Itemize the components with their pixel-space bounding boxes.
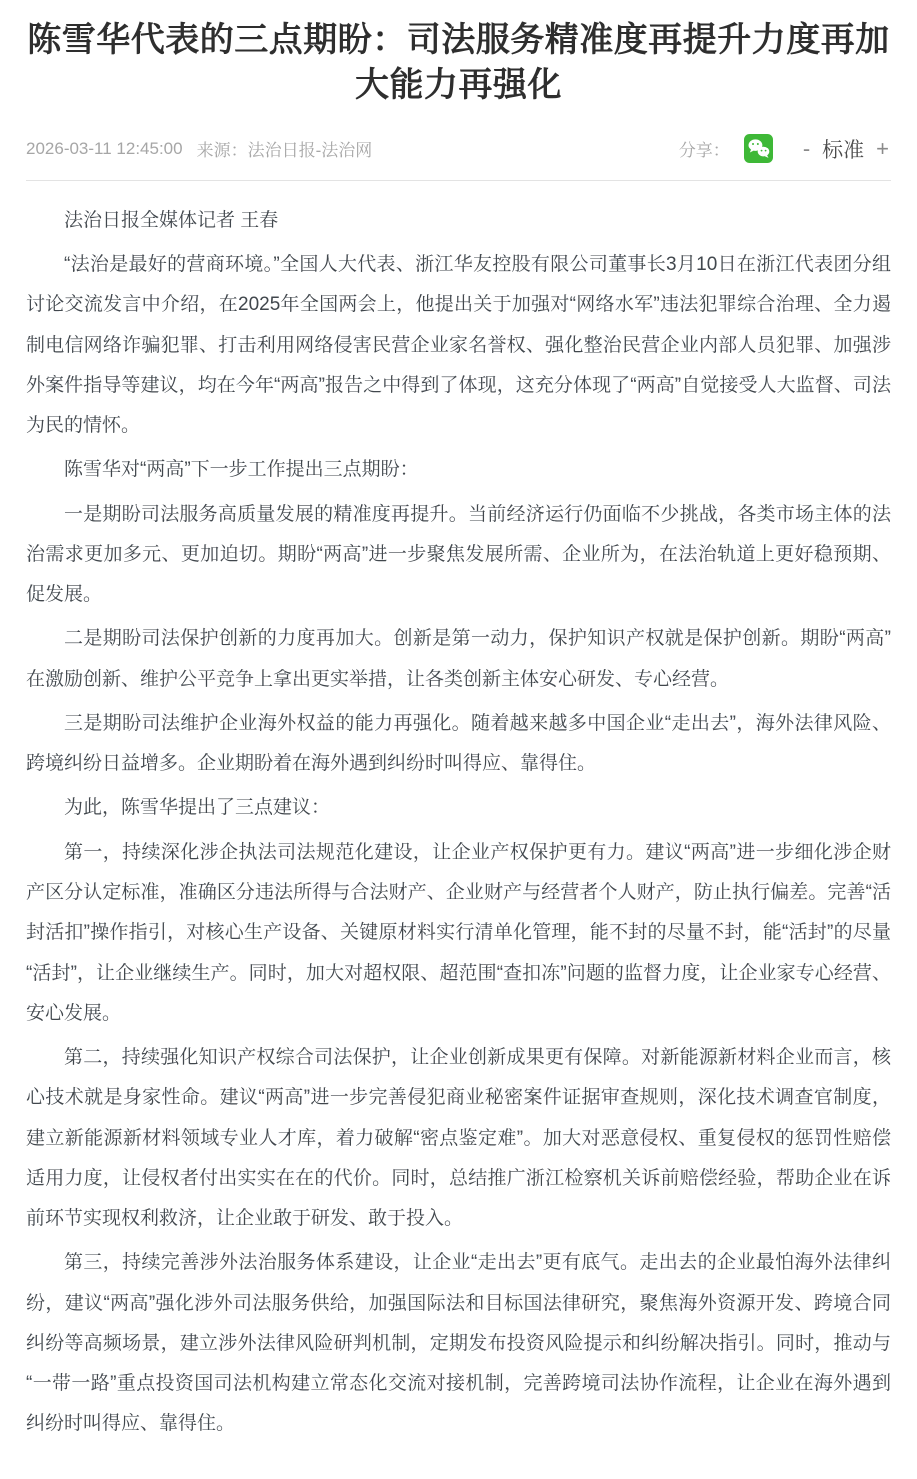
share-label: 分享： — [679, 136, 730, 161]
publish-time: 2026-03-11 12:45:00 — [26, 139, 183, 159]
article-body: 法治日报全媒体记者 王春“法治是最好的营商环境。”全国人大代表、浙江华友控股有限… — [26, 201, 891, 1445]
article-paragraph: 为此，陈雪华提出了三点建议： — [26, 788, 891, 828]
font-increase-button[interactable]: + — [874, 138, 891, 160]
font-size-controls: - 标准 + — [801, 134, 891, 164]
article-paragraph: 第二，持续强化知识产权综合司法保护，让企业创新成果更有保障。对新能源新材料企业而… — [26, 1038, 891, 1239]
font-standard-label[interactable]: 标准 — [822, 134, 864, 164]
font-decrease-button[interactable]: - — [801, 138, 812, 160]
meta-bar: 2026-03-11 12:45:00 来源：法治日报-法治网 分享： — [26, 134, 891, 181]
page-title: 陈雪华代表的三点期盼：司法服务精准度再提升力度再加大能力再强化 — [26, 18, 891, 108]
article-paragraph: 法治日报全媒体记者 王春 — [26, 201, 891, 241]
article-paragraph: “法治是最好的营商环境。”全国人大代表、浙江华友控股有限公司董事长3月10日在浙… — [26, 245, 891, 446]
meta-actions: 分享： - — [679, 134, 891, 164]
article-page: 陈雪华代表的三点期盼：司法服务精准度再提升力度再加大能力再强化 2026-03-… — [0, 0, 917, 1479]
article-paragraph: 第一，持续深化涉企执法司法规范化建设，让企业产权保护更有力。建议“两高”进一步细… — [26, 833, 891, 1034]
wechat-share-button[interactable] — [744, 134, 773, 163]
article-paragraph: 第三，持续完善涉外法治服务体系建设，让企业“走出去”更有底气。走出去的企业最怕海… — [26, 1243, 891, 1444]
article-paragraph: 三是期盼司法维护企业海外权益的能力再强化。随着越来越多中国企业“走出去”，海外法… — [26, 704, 891, 785]
article-paragraph: 一是期盼司法服务高质量发展的精准度再提升。当前经济运行仍面临不少挑战，各类市场主… — [26, 495, 891, 616]
wechat-icon — [744, 134, 773, 163]
article-paragraph: 二是期盼司法保护创新的力度再加大。创新是第一动力，保护知识产权就是保护创新。期盼… — [26, 619, 891, 700]
source-label: 来源：法治日报-法治网 — [197, 136, 373, 161]
article-paragraph: 陈雪华对“两高”下一步工作提出三点期盼： — [26, 450, 891, 490]
meta-info: 2026-03-11 12:45:00 来源：法治日报-法治网 — [26, 136, 372, 161]
